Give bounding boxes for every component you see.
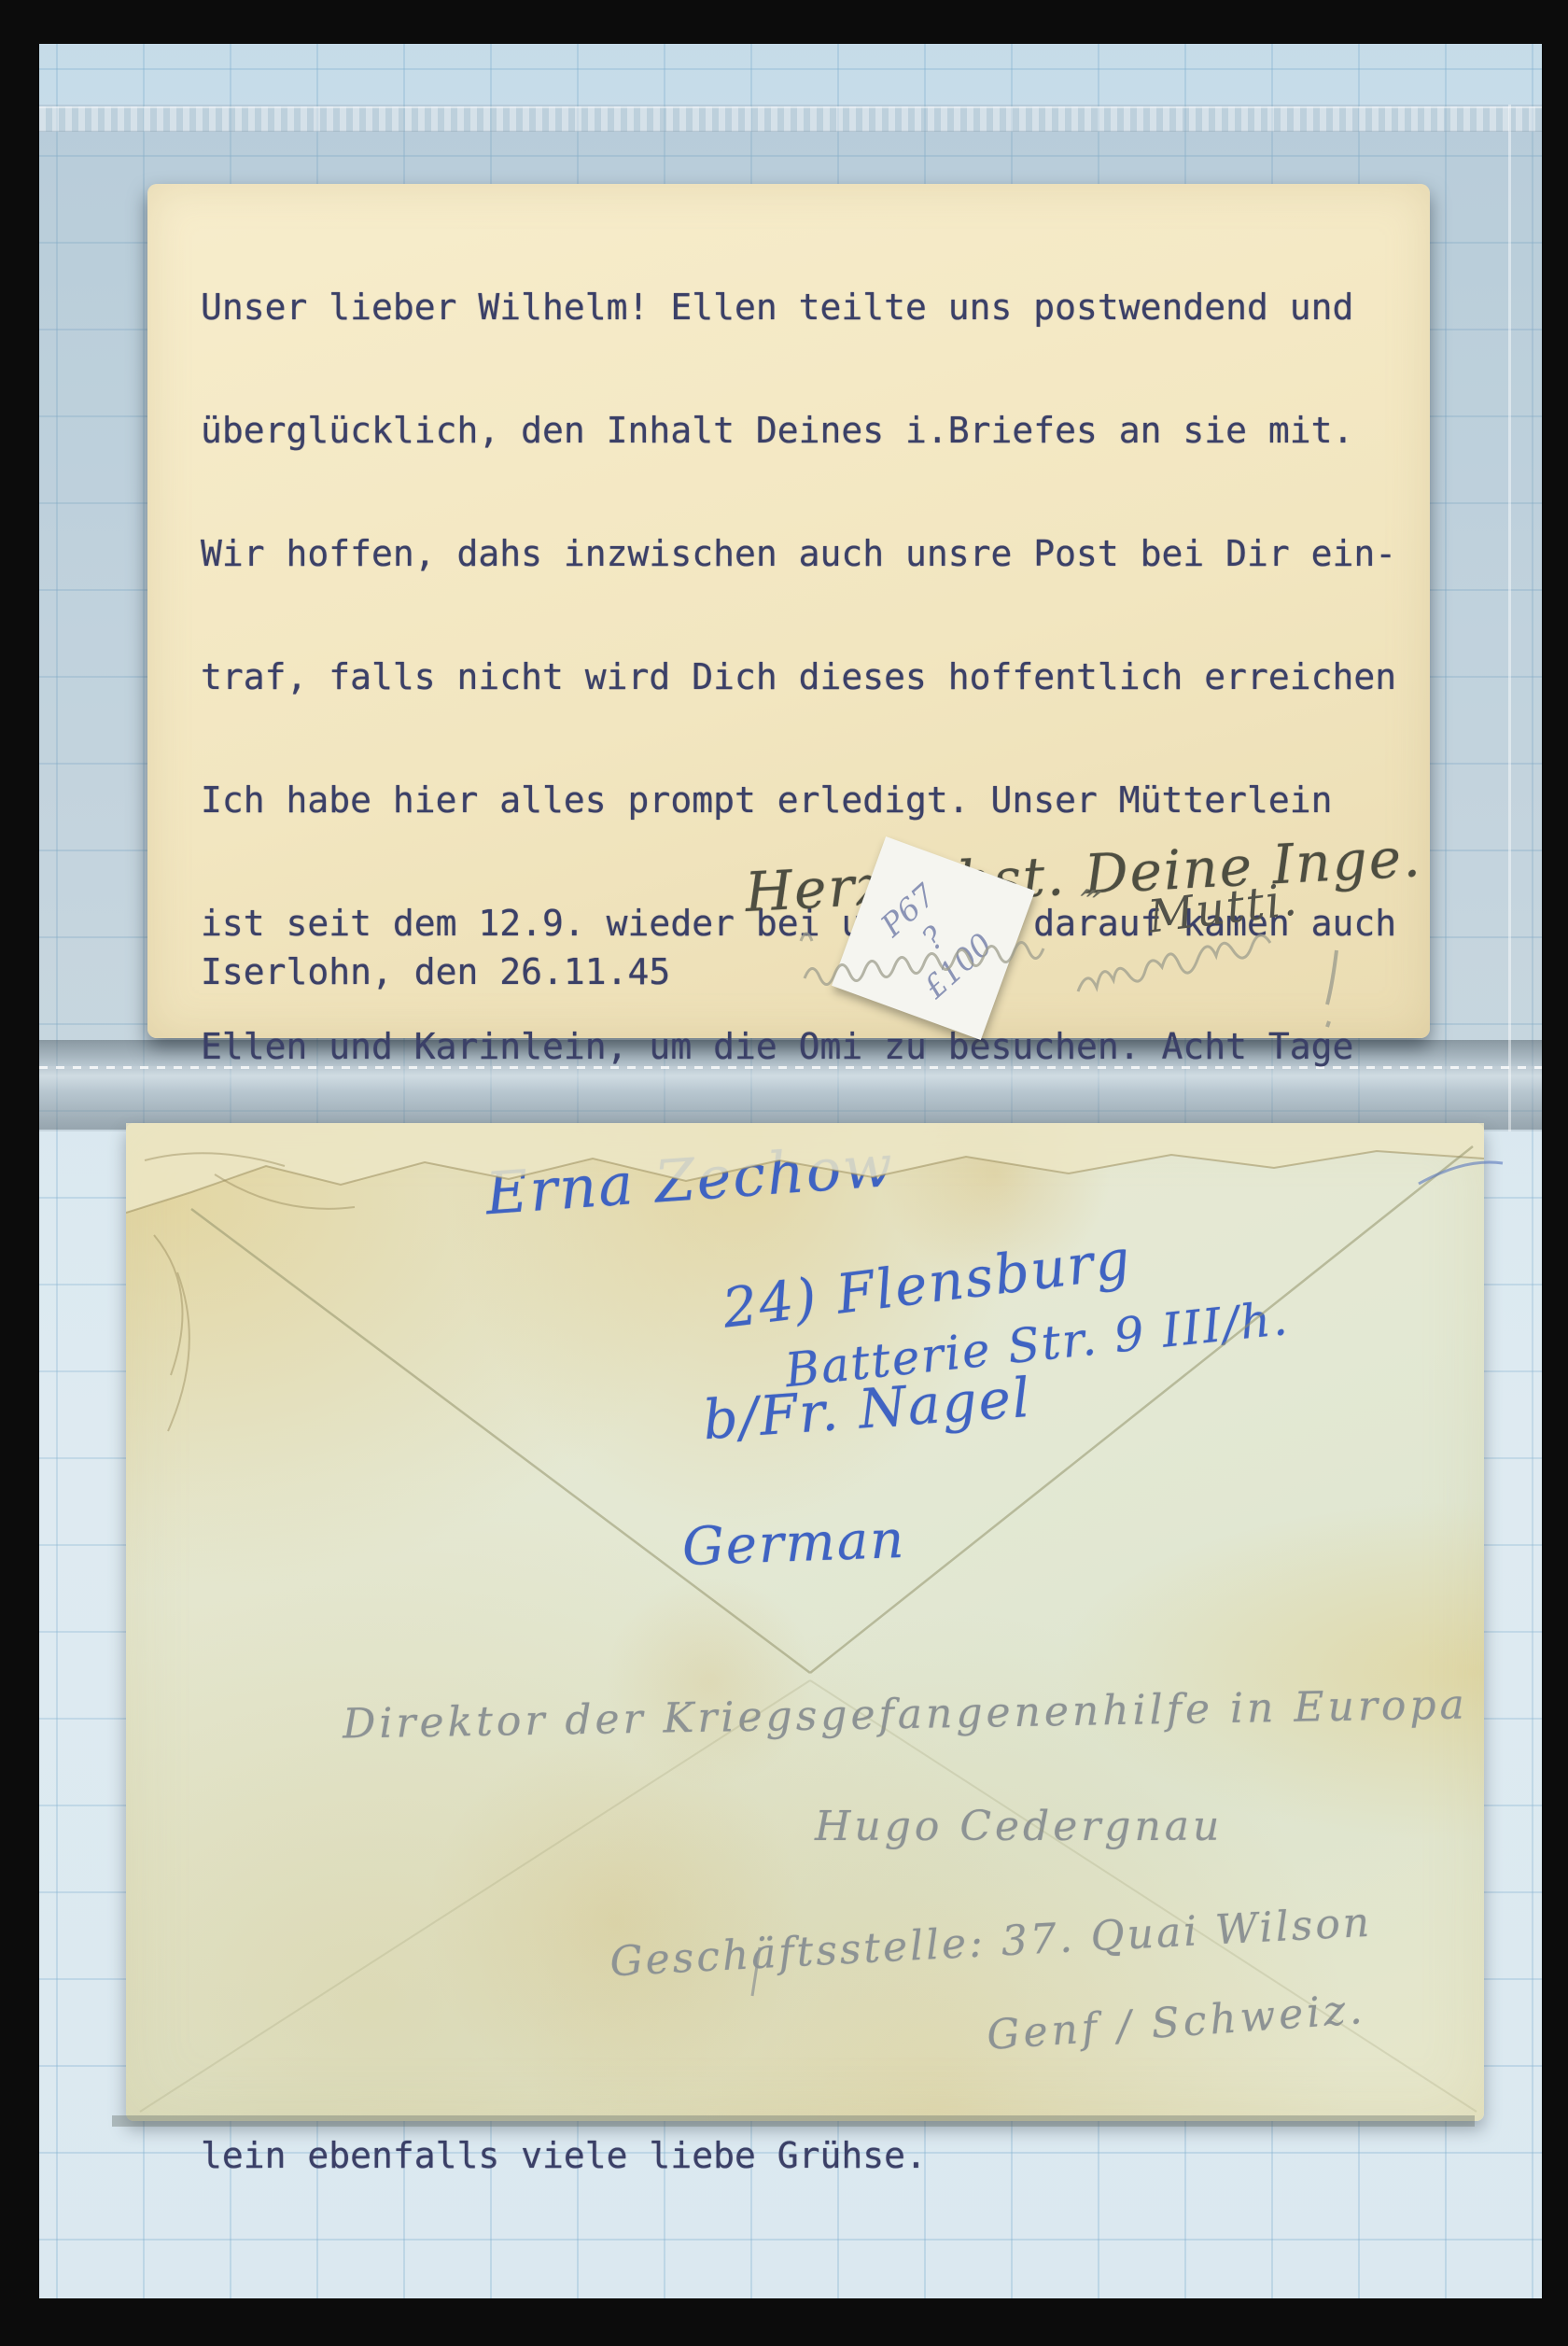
pencil-note-city-country: Genf / Schweiz. — [986, 1986, 1367, 2059]
pencil-note-name: Hugo Cedergnau — [815, 1803, 1223, 1850]
typed-letter-line: Ich habe hier alles prompt erledigt. Uns… — [201, 780, 1396, 821]
sleeve-right-edge — [1508, 105, 1511, 1131]
address-care-of: b/Fr. Nagel — [701, 1366, 1033, 1452]
sleeve-top-seam — [39, 106, 1542, 132]
typed-letter-line: Ellen und Karinlein, um die Omi zu besuc… — [201, 1026, 1396, 1067]
typed-letter-line: Unser lieber Wilhelm! Ellen teilte uns p… — [201, 287, 1396, 328]
pencil-note-office-address: Geschäftsstelle: 37. Quai Wilson — [609, 1899, 1373, 1987]
address-country: German — [681, 1510, 906, 1578]
typed-dateline: Iserlohn, den 26.11.45 — [201, 951, 670, 992]
typed-letter-line: traf, falls nicht wird Dich dieses hoffe… — [201, 656, 1396, 697]
typed-letter-line: überglücklich, den Inhalt Deines i.Brief… — [201, 410, 1396, 451]
typed-letter-line: lein ebenfalls viele liebe Grühse. — [201, 2135, 1396, 2176]
typed-letter-line: Wir hoffen, dahs inzwischen auch unsre P… — [201, 533, 1396, 574]
envelope: Erna Zechow 24) Flensburg Batterie Str. … — [126, 1123, 1484, 2121]
postcard: Unser lieber Wilhelm! Ellen teilte uns p… — [147, 184, 1430, 1038]
price-sticker-text: P67 ? £100 — [866, 870, 1000, 1006]
pencil-note-director: Direktor der Kriegsgefangenenhilfe in Eu… — [343, 1680, 1469, 1748]
address-sender-name: Erna Zechow — [483, 1131, 896, 1228]
album-page-photo: Unser lieber Wilhelm! Ellen teilte uns p… — [0, 0, 1568, 2346]
